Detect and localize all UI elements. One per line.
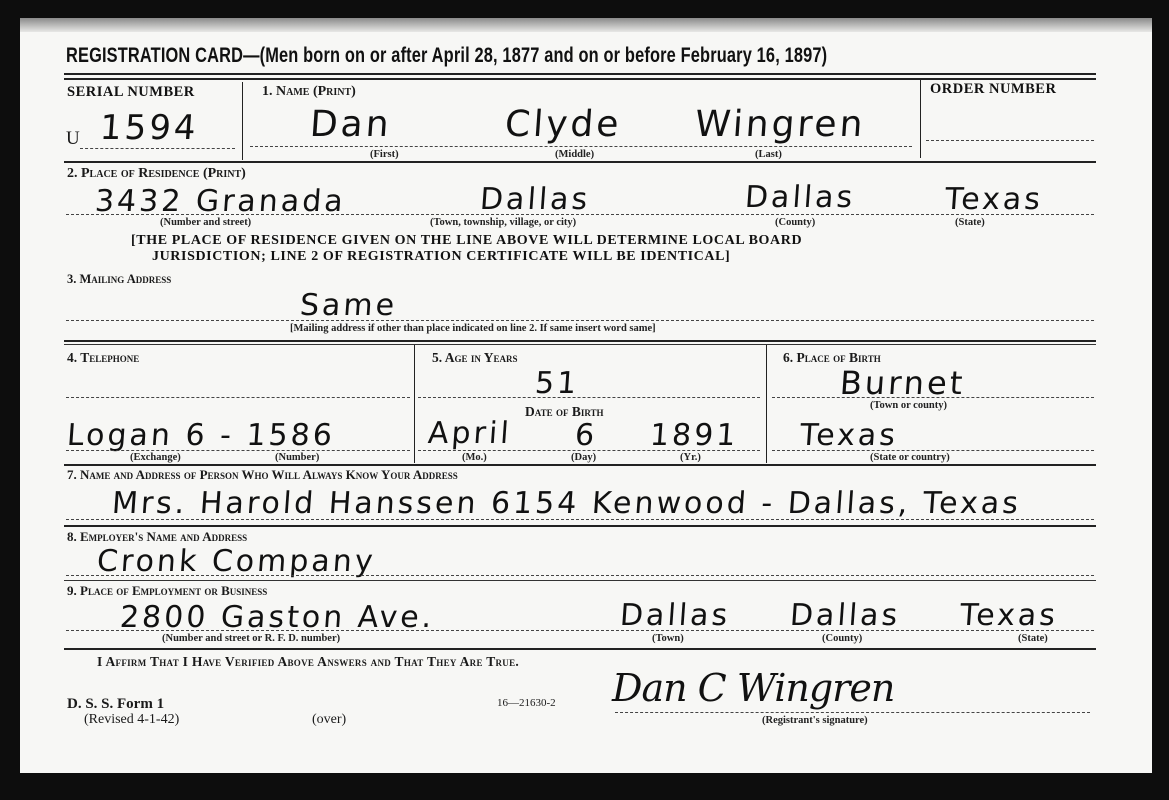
- residence-dotted-line: [66, 214, 1094, 215]
- form-revised: (Revised 4-1-42): [84, 712, 179, 728]
- residence-label: 2. Place of Residence (Print): [67, 166, 246, 182]
- birthplace-state-caption: (State or country): [870, 452, 950, 463]
- last-name-value[interactable]: Wingren: [694, 104, 867, 145]
- signature-dotted-line: [615, 712, 1090, 713]
- exchange-caption: (Exchange): [130, 452, 181, 463]
- employer-label: 8. Employer's Name and Address: [67, 529, 247, 545]
- year-caption: (Yr.): [680, 452, 701, 463]
- street-caption: (Number and street): [160, 217, 251, 228]
- residence-notice-line1: [THE PLACE OF RESIDENCE GIVEN ON THE LIN…: [131, 233, 802, 249]
- state-caption: (State): [955, 217, 985, 228]
- dob-day-value[interactable]: 6: [574, 418, 599, 453]
- row3-bottom-rule-2: [64, 344, 1096, 345]
- mailing-dotted-line: [66, 320, 1094, 321]
- employment-county-value[interactable]: Dallas: [789, 598, 902, 633]
- last-caption: (Last): [755, 149, 782, 160]
- employment-town-caption: (Town): [652, 633, 684, 644]
- order-number-dotted-line[interactable]: [926, 140, 1094, 141]
- serial-number-label: SERIAL NUMBER: [67, 84, 195, 101]
- dob-month-value[interactable]: April: [427, 416, 513, 451]
- employment-county-caption: (County): [822, 633, 862, 644]
- title-rule: [64, 73, 1096, 75]
- contact-label: 7. Name and Address of Person Who Will A…: [67, 467, 458, 483]
- number-caption: (Number): [275, 452, 319, 463]
- age-value[interactable]: 51: [534, 366, 581, 401]
- employment-state-caption: (State): [1018, 633, 1048, 644]
- order-divider: [920, 80, 921, 158]
- card-title: REGISTRATION CARD—(Men born on or after …: [66, 44, 827, 68]
- birthplace-town-caption: (Town or county): [870, 400, 947, 411]
- employment-state-value[interactable]: Texas: [959, 598, 1059, 633]
- serial-prefix: U: [66, 128, 80, 150]
- print-code: 16—21630-2: [497, 697, 556, 709]
- residence-state-value[interactable]: Texas: [944, 182, 1044, 217]
- serial-dotted-line: [80, 148, 235, 149]
- middle-caption: (Middle): [555, 149, 594, 160]
- residence-town-value[interactable]: Dallas: [479, 182, 592, 217]
- employment-town-value[interactable]: Dallas: [619, 598, 732, 633]
- age-dotted-line: [418, 397, 760, 398]
- birthplace-state-dotted-line: [772, 450, 1094, 451]
- day-caption: (Day): [571, 452, 596, 463]
- telephone-dotted-line: [66, 450, 410, 451]
- residence-notice-line2: JURISDICTION; LINE 2 OF REGISTRATION CER…: [152, 249, 730, 265]
- age-label: 5. Age in Years: [432, 350, 518, 366]
- row8-bottom-rule: [64, 580, 1096, 581]
- over-note: (over): [312, 712, 346, 728]
- title-rule-2: [64, 78, 1096, 80]
- birthplace-state-value[interactable]: Texas: [799, 418, 899, 453]
- telephone-value[interactable]: Logan 6 - 1586: [66, 418, 336, 453]
- residence-county-value[interactable]: Dallas: [744, 180, 857, 215]
- telephone-age-divider: [414, 345, 415, 463]
- employment-street-caption: (Number and street or R. F. D. number): [162, 633, 340, 644]
- employer-value[interactable]: Cronk Company: [96, 544, 377, 579]
- row3-bottom-rule: [64, 340, 1096, 342]
- form-id: D. S. S. Form 1: [67, 696, 164, 713]
- first-caption: (First): [370, 149, 399, 160]
- row7-bottom-rule: [64, 525, 1096, 527]
- signature-caption: (Registrant's signature): [762, 715, 868, 726]
- telephone-upper-dotted-line: [66, 397, 410, 398]
- town-caption: (Town, township, village, or city): [430, 217, 576, 228]
- employer-dotted-line: [66, 575, 1094, 576]
- employment-dotted-line: [66, 630, 1094, 631]
- dob-year-value[interactable]: 1891: [649, 418, 740, 453]
- row9-bottom-rule: [64, 648, 1096, 650]
- order-number-label: ORDER NUMBER: [930, 81, 1056, 98]
- first-name-value[interactable]: Dan: [309, 104, 393, 145]
- dob-dotted-line: [418, 450, 760, 451]
- card-top-shadow: [20, 18, 1152, 32]
- serial-number-value[interactable]: 1594: [99, 108, 200, 148]
- month-caption: (Mo.): [462, 452, 487, 463]
- contact-value[interactable]: Mrs. Harold Hanssen 6154 Kenwood - Dalla…: [111, 486, 1022, 521]
- mailing-address-value[interactable]: Same: [299, 288, 399, 323]
- affirmation-text: I Affirm That I Have Verified Above Answ…: [97, 654, 519, 670]
- age-birthplace-divider: [766, 345, 767, 463]
- contact-dotted-line: [66, 519, 1094, 520]
- employment-place-label: 9. Place of Employment or Business: [67, 583, 267, 599]
- registrant-signature[interactable]: Dan C Wingren: [612, 666, 894, 710]
- row4-bottom-rule: [64, 464, 1096, 466]
- serial-divider: [242, 82, 243, 160]
- name-dotted-line: [250, 146, 912, 147]
- telephone-label: 4. Telephone: [67, 350, 139, 366]
- row1-bottom-rule: [64, 161, 1096, 163]
- mailing-address-label: 3. Mailing Address: [67, 272, 171, 287]
- birthplace-town-dotted-line: [772, 397, 1094, 398]
- middle-name-value[interactable]: Clyde: [504, 104, 623, 145]
- county-caption: (County): [775, 217, 815, 228]
- name-label: 1. Name (Print): [262, 84, 356, 100]
- mailing-caption: [Mailing address if other than place ind…: [290, 323, 656, 334]
